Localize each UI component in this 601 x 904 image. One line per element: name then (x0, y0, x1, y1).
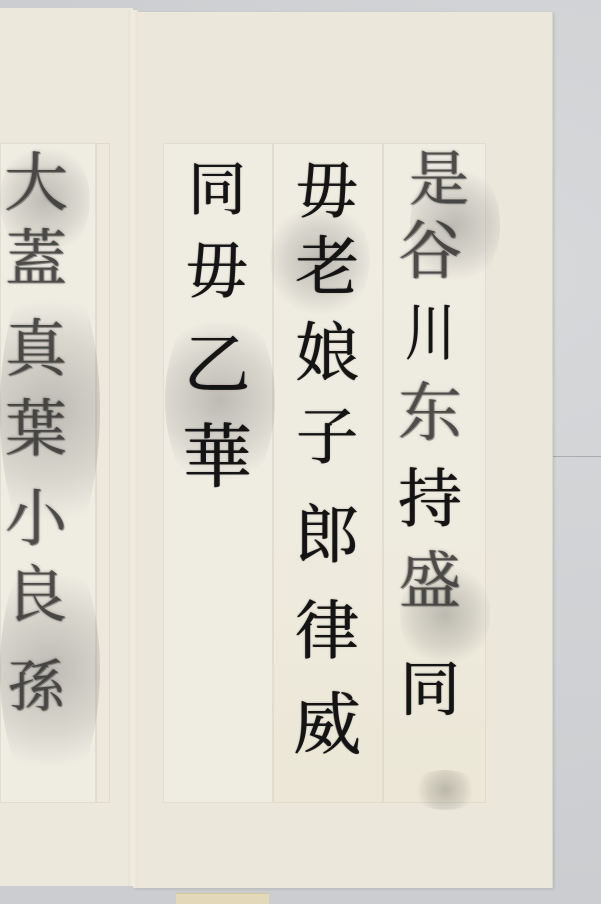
character: 持 (398, 468, 462, 550)
binding-tab (176, 893, 269, 904)
character: 谷 (398, 220, 462, 302)
character: 葉 (5, 398, 67, 488)
character: 东 (398, 382, 462, 468)
character: 毋 (296, 160, 358, 236)
text-column-3: 同 毋 乙 華 (162, 160, 272, 522)
mounted-strip-col-4-edge (96, 143, 110, 803)
character: 律 (295, 600, 359, 692)
text-column-4: 大 蓋 真 葉 小 良 孫 (0, 152, 86, 730)
character: 老 (295, 236, 359, 322)
character: 良 (5, 564, 67, 660)
character: 真 (5, 318, 67, 398)
character: 同 (400, 660, 460, 730)
character: 娘 (295, 322, 359, 406)
character: 大 (4, 152, 68, 228)
character: 華 (182, 422, 252, 522)
text-column-1: 是 谷 川 东 持 盛 同 (380, 150, 480, 730)
album-gutter (128, 10, 138, 886)
character: 是 (409, 150, 469, 220)
character: 同 (188, 160, 246, 240)
character: 乙 (184, 332, 250, 422)
character: 川 (405, 302, 455, 382)
character: 郎 (295, 504, 359, 600)
character: 子 (296, 406, 358, 504)
character: 孫 (8, 660, 64, 730)
character: 蓋 (5, 228, 67, 318)
character: 威 (293, 692, 361, 772)
text-column-2: 毋 老 娘 子 郎 律 威 (272, 160, 382, 772)
character: 盛 (399, 550, 461, 660)
character: 小 (5, 488, 67, 564)
character: 毋 (186, 240, 248, 332)
background-edge-line (553, 456, 601, 457)
